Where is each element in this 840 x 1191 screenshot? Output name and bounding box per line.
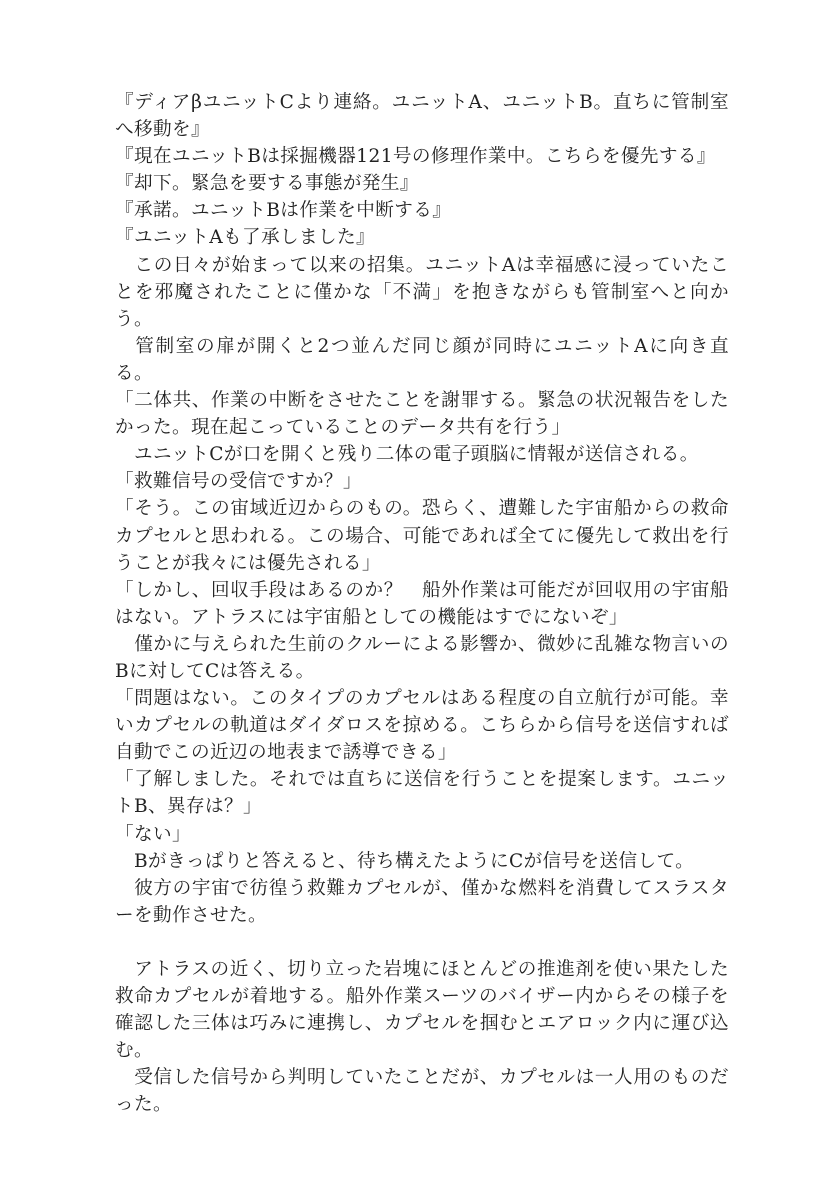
dialogue-line: 「二体共、作業の中断をさせたことを謝罪する。緊急の状況報告をしたかった。現在起こ… [115,387,729,441]
narration-paragraph: Bがきっぱりと答えると、待ち構えたようにCが信号を送信して。 [115,848,729,875]
narration-paragraph: 僅かに与えられた生前のクルーによる影響か、微妙に乱雑な物言いのBに対してCは答え… [115,631,729,685]
dialogue-line: 「そう。この宙域近辺からのもの。恐らく、遭難した宇宙船からの救命カプセルと思われ… [115,495,729,576]
dialogue-line: 『ディアβユニットCより連絡。ユニットA、ユニットB。直ちに管制室へ移動を』 [115,89,729,143]
document-page: 『ディアβユニットCより連絡。ユニットA、ユニットB。直ちに管制室へ移動を』 『… [115,89,729,1119]
narration-paragraph: この日々が始まって以来の招集。ユニットAは幸福感に浸っていたことを邪魔されたこと… [115,252,729,333]
dialogue-line: 『承諾。ユニットBは作業を中断する』 [115,197,729,224]
dialogue-line: 「問題はない。このタイプのカプセルはある程度の自立航行が可能。幸いカプセルの軌道… [115,685,729,766]
dialogue-line: 『却下。緊急を要する事態が発生』 [115,170,729,197]
narration-paragraph: アトラスの近く、切り立った岩塊にほとんどの推進剤を使い果たした救命カプセルが着地… [115,956,729,1064]
narration-paragraph: 管制室の扉が開くと2つ並んだ同じ顔が同時にユニットAに向き直る。 [115,333,729,387]
scene-break [115,929,729,956]
dialogue-line: 『現在ユニットBは採掘機器121号の修理作業中。こちらを優先する』 [115,143,729,170]
dialogue-line: 「救難信号の受信ですか？」 [115,468,729,495]
dialogue-line: 「ない」 [115,821,729,848]
dialogue-line: 『ユニットAも了承しました』 [115,224,729,251]
narration-paragraph: ユニットCが口を開くと残り二体の電子頭脳に情報が送信される。 [115,441,729,468]
dialogue-line: 「了解しました。それでは直ちに送信を行うことを提案します。ユニットB、異存は？」 [115,766,729,820]
narration-paragraph: 彼方の宇宙で彷徨う救難カプセルが、僅かな燃料を消費してスラスターを動作させた。 [115,875,729,929]
dialogue-line: 「しかし、回収手段はあるのか？ 船外作業は可能だが回収用の宇宙船はない。アトラス… [115,577,729,631]
narration-paragraph: 受信した信号から判明していたことだが、カプセルは一人用のものだった。 [115,1064,729,1118]
